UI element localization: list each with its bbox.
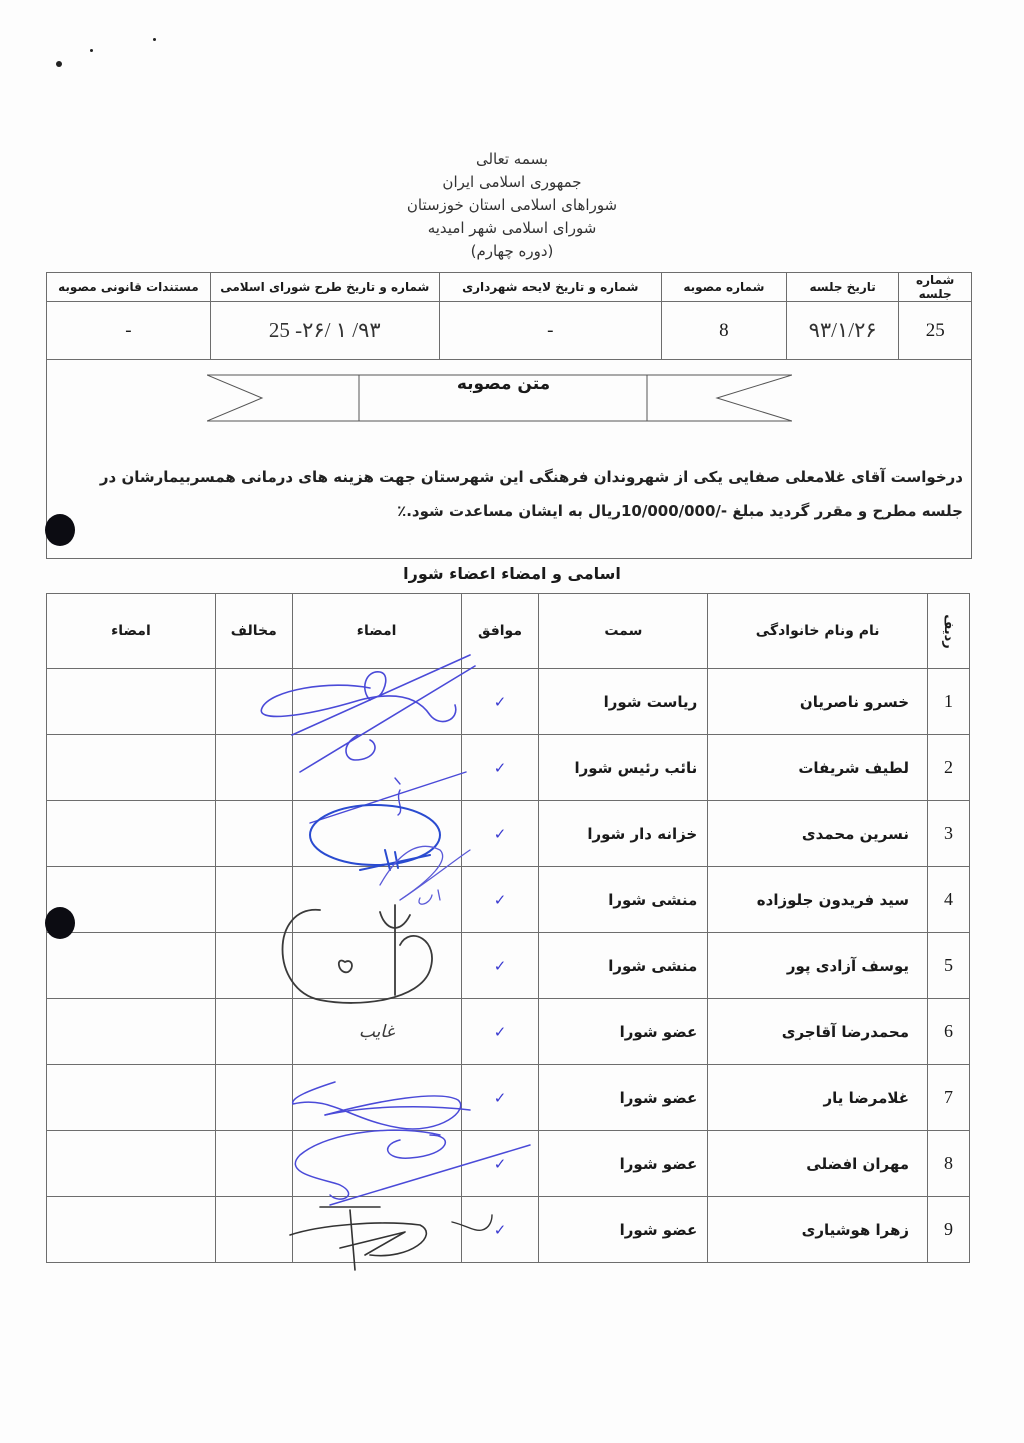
header-name: نام ونام خانوادگی: [708, 594, 928, 669]
oppose-signature-cell: [47, 1065, 216, 1131]
member-name: مهران افضلی: [708, 1131, 928, 1197]
header-agree: موافق: [461, 594, 539, 669]
oppose-cell: [215, 669, 292, 735]
header-role: سمت: [539, 594, 708, 669]
agree-signature-cell: [292, 1065, 461, 1131]
oppose-signature-cell: [47, 999, 216, 1065]
member-name: یوسف آزادی پور: [708, 933, 928, 999]
agree-checkmark-icon: ✓: [461, 1065, 539, 1131]
session-number-value: 25: [899, 302, 972, 360]
header-legal-documents: مستندات قانونی مصوبه: [47, 273, 211, 302]
oppose-signature-cell: [47, 735, 216, 801]
session-info-table: شماره جلسه تاریخ جلسه شماره مصوبه شماره …: [46, 272, 972, 559]
oppose-cell: [215, 735, 292, 801]
members-section-title: اسامی و امضاء اعضاء شورا: [300, 564, 724, 583]
member-index: 9: [928, 1197, 970, 1263]
letterhead-term: (دوره چهارم): [300, 240, 724, 263]
header-oppose: مخالف: [215, 594, 292, 669]
resolution-number-value: 8: [661, 302, 786, 360]
municipal-bill-value: -: [439, 302, 661, 360]
member-index: 8: [928, 1131, 970, 1197]
scan-speck: [56, 61, 62, 67]
resolution-text: درخواست آقای غلامعلی صفایی یکی از شهروند…: [58, 460, 963, 528]
member-row: 3 نسرین محمدی خزانه دار شورا ✓: [47, 801, 970, 867]
agree-signature-cell: [292, 801, 461, 867]
member-row: 1 خسرو ناصریان ریاست شورا ✓: [47, 669, 970, 735]
member-index: 6: [928, 999, 970, 1065]
oppose-cell: [215, 1065, 292, 1131]
letterhead: بسمه تعالی جمهوری اسلامی ایران شوراهای ا…: [300, 148, 724, 263]
member-role: عضو شورا: [539, 999, 708, 1065]
oppose-cell: [215, 999, 292, 1065]
header-municipal-bill: شماره و تاریخ لایحه شهرداری: [439, 273, 661, 302]
header-council-plan: شماره و تاریخ طرح شورای اسلامی: [210, 273, 439, 302]
member-name: غلامرضا یار: [708, 1065, 928, 1131]
member-role: عضو شورا: [539, 1197, 708, 1263]
header-row-number-label: ردیف: [941, 614, 956, 649]
resolution-text-cell: متن مصوبه درخواست آقای غلامعلی صفایی یکی…: [47, 360, 972, 559]
member-role: منشی شورا: [539, 867, 708, 933]
header-session-number: شماره جلسه: [899, 273, 972, 302]
agree-signature-cell: [292, 735, 461, 801]
punch-hole-icon: [45, 907, 75, 939]
oppose-signature-cell: [47, 801, 216, 867]
oppose-cell: [215, 1197, 292, 1263]
header-row-number: ردیف: [928, 594, 970, 669]
member-name: محمدرضا آقاجری: [708, 999, 928, 1065]
oppose-cell: [215, 1131, 292, 1197]
agree-signature-cell: غایب: [292, 999, 461, 1065]
punch-hole-icon: [45, 514, 75, 546]
session-header-row: شماره جلسه تاریخ جلسه شماره مصوبه شماره …: [47, 273, 972, 302]
members-table: ردیف نام ونام خانوادگی سمت موافق امضاء م…: [46, 593, 970, 1263]
agree-signature-cell: [292, 867, 461, 933]
agree-signature-cell: [292, 1131, 461, 1197]
member-index: 3: [928, 801, 970, 867]
letterhead-province-councils: شوراهای اسلامی استان خوزستان: [300, 194, 724, 217]
members-header-row: ردیف نام ونام خانوادگی سمت موافق امضاء م…: [47, 594, 970, 669]
member-name: لطیف شریفات: [708, 735, 928, 801]
member-row: 2 لطیف شریفات نائب رئیس شورا ✓: [47, 735, 970, 801]
agree-checkmark-icon: ✓: [461, 867, 539, 933]
oppose-signature-cell: [47, 669, 216, 735]
header-resolution-number: شماره مصوبه: [661, 273, 786, 302]
member-index: 7: [928, 1065, 970, 1131]
agree-checkmark-icon: ✓: [461, 735, 539, 801]
member-index: 2: [928, 735, 970, 801]
member-role: عضو شورا: [539, 1131, 708, 1197]
member-role: عضو شورا: [539, 1065, 708, 1131]
resolution-text-row: متن مصوبه درخواست آقای غلامعلی صفایی یکی…: [47, 360, 972, 559]
agree-checkmark-icon: ✓: [461, 1131, 539, 1197]
header-session-date: تاریخ جلسه: [786, 273, 899, 302]
oppose-signature-cell: [47, 933, 216, 999]
member-row: 7 غلامرضا یار عضو شورا ✓: [47, 1065, 970, 1131]
oppose-cell: [215, 801, 292, 867]
member-index: 5: [928, 933, 970, 999]
member-name: زهرا هوشیاری: [708, 1197, 928, 1263]
scan-speck: [90, 49, 93, 52]
legal-documents-value: -: [47, 302, 211, 360]
resolution-title: متن مصوبه: [359, 374, 648, 394]
member-name: خسرو ناصریان: [708, 669, 928, 735]
header-agree-signature: امضاء: [292, 594, 461, 669]
member-row: 6 محمدرضا آقاجری عضو شورا ✓ غایب: [47, 999, 970, 1065]
member-name: نسرین محمدی: [708, 801, 928, 867]
member-role: نائب رئیس شورا: [539, 735, 708, 801]
letterhead-bismillah: بسمه تعالی: [300, 148, 724, 171]
agree-checkmark-icon: ✓: [461, 1197, 539, 1263]
agree-checkmark-icon: ✓: [461, 669, 539, 735]
letterhead-country: جمهوری اسلامی ایران: [300, 171, 724, 194]
letterhead-city-council: شورای اسلامی شهر امیدیه: [300, 217, 724, 240]
agree-signature-cell: [292, 1197, 461, 1263]
member-row: 9 زهرا هوشیاری عضو شورا ✓: [47, 1197, 970, 1263]
oppose-signature-cell: [47, 1197, 216, 1263]
member-row: 4 سید فریدون جلوزاده منشی شورا ✓: [47, 867, 970, 933]
agree-checkmark-icon: ✓: [461, 933, 539, 999]
oppose-cell: [215, 867, 292, 933]
agree-signature-cell: [292, 669, 461, 735]
absent-note: غایب: [359, 1022, 395, 1042]
scan-speck: [153, 38, 156, 41]
member-index: 4: [928, 867, 970, 933]
member-role: ریاست شورا: [539, 669, 708, 735]
oppose-cell: [215, 933, 292, 999]
agree-signature-cell: [292, 933, 461, 999]
header-oppose-signature: امضاء: [47, 594, 216, 669]
member-row: 8 مهران افضلی عضو شورا ✓: [47, 1131, 970, 1197]
council-plan-value: ۹۳/ ۱ /۲۶- 25: [210, 302, 439, 360]
oppose-signature-cell: [47, 1131, 216, 1197]
session-values-row: 25 ۹۳/۱/۲۶ 8 - ۹۳/ ۱ /۲۶- 25 -: [47, 302, 972, 360]
member-index: 1: [928, 669, 970, 735]
member-role: منشی شورا: [539, 933, 708, 999]
agree-checkmark-icon: ✓: [461, 801, 539, 867]
session-date-value: ۹۳/۱/۲۶: [786, 302, 899, 360]
member-name: سید فریدون جلوزاده: [708, 867, 928, 933]
member-role: خزانه دار شورا: [539, 801, 708, 867]
agree-checkmark-icon: ✓: [461, 999, 539, 1065]
member-row: 5 یوسف آزادی پور منشی شورا ✓: [47, 933, 970, 999]
